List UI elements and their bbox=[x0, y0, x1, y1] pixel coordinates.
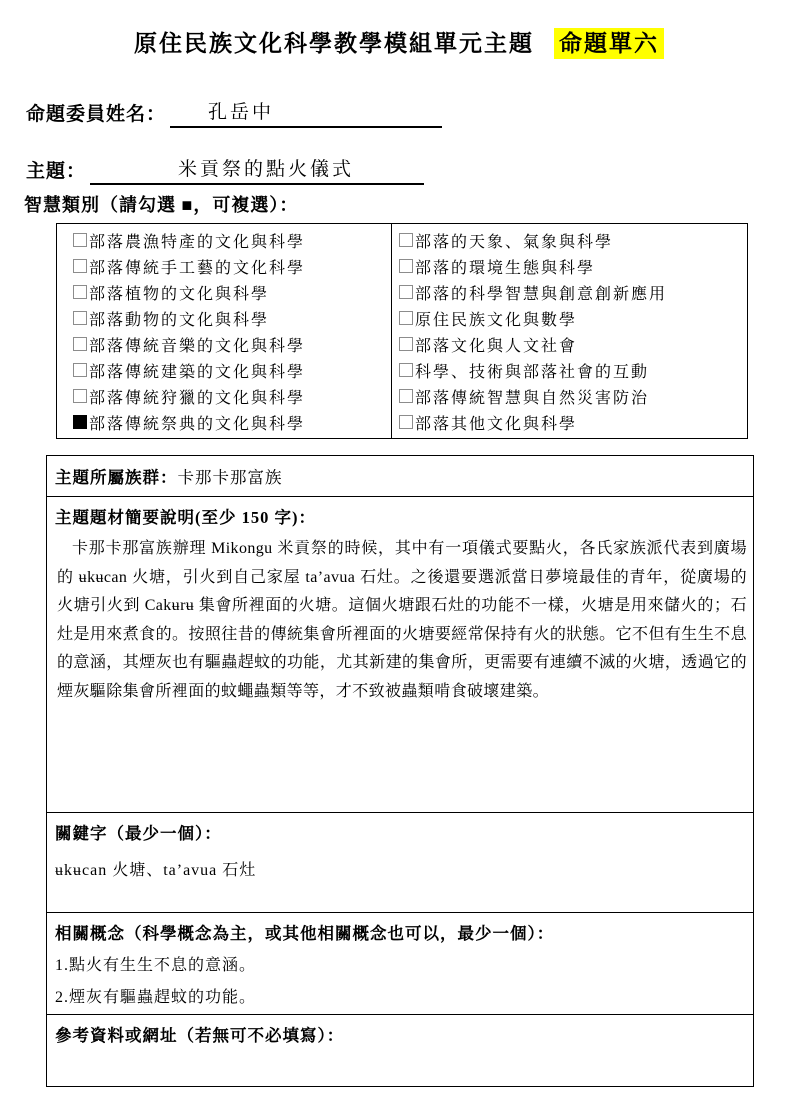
category-column-left: 部落農漁特產的文化與科學 部落傳統手工藝的文化科學 部落植物的文化與科學 部落動… bbox=[57, 224, 392, 438]
concepts-row: 相關概念（科學概念為主，或其他相關概念也可以，最少一個）： 1.點火有生生不息的… bbox=[47, 912, 753, 1014]
checkbox-icon[interactable] bbox=[399, 233, 413, 247]
category-item[interactable]: 原住民族文化與數學 bbox=[399, 305, 747, 331]
category-item[interactable]: 部落動物的文化與科學 bbox=[73, 305, 391, 331]
category-label: 部落動物的文化與科學 bbox=[89, 307, 269, 330]
checkbox-icon[interactable] bbox=[399, 363, 413, 377]
keywords-row: 關鍵字（最少一個）： ʉkʉcan 火塘、ta’avua 石灶 bbox=[47, 812, 753, 912]
category-item[interactable]: 部落傳統建築的文化與科學 bbox=[73, 357, 391, 383]
category-column-right: 部落的天象、氣象與科學 部落的環境生態與科學 部落的科學智慧與創意創新應用 原住… bbox=[392, 224, 747, 438]
checkbox-icon[interactable] bbox=[73, 233, 87, 247]
title-text: 原住民族文化科學教學模組單元主題 bbox=[134, 31, 534, 56]
category-label: 部落傳統智慧與自然災害防治 bbox=[415, 385, 649, 408]
title-badge: 命題單六 bbox=[554, 28, 664, 59]
category-item[interactable]: 部落的科學智慧與創意創新應用 bbox=[399, 279, 747, 305]
description-row: 主題題材簡要說明(至少 150 字)： 卡那卡那富族辦理 Mikongu 米貢祭… bbox=[47, 496, 753, 812]
category-item[interactable]: 部落傳統智慧與自然災害防治 bbox=[399, 383, 747, 409]
checkbox-icon[interactable] bbox=[399, 311, 413, 325]
checkbox-icon[interactable] bbox=[73, 311, 87, 325]
checkbox-icon[interactable] bbox=[399, 337, 413, 351]
category-label: 原住民族文化與數學 bbox=[415, 307, 577, 330]
concepts-label: 相關概念（科學概念為主，或其他相關概念也可以，最少一個）： bbox=[55, 921, 745, 946]
ethnic-group-label: 主題所屬族群： bbox=[55, 468, 178, 487]
category-checklist: 部落農漁特產的文化與科學 部落傳統手工藝的文化科學 部落植物的文化與科學 部落動… bbox=[56, 223, 748, 439]
concept-item: 1.點火有生生不息的意涵。 bbox=[55, 953, 745, 978]
category-label: 部落傳統祭典的文化與科學 bbox=[89, 411, 305, 434]
topic-value: 米貢祭的點火儀式 bbox=[178, 159, 354, 180]
category-label: 部落其他文化與科學 bbox=[415, 411, 577, 434]
topic-field[interactable]: 米貢祭的點火儀式 bbox=[90, 156, 424, 185]
category-label: 科學、技術與部落社會的互動 bbox=[415, 359, 649, 382]
checkbox-icon[interactable] bbox=[73, 415, 87, 429]
concept-item: 2.煙灰有驅蟲趕蚊的功能。 bbox=[55, 985, 745, 1010]
category-item[interactable]: 科學、技術與部落社會的互動 bbox=[399, 357, 747, 383]
category-section-label: 智慧類別（請勾選 ■，可複選）： bbox=[24, 193, 798, 217]
document-page: 原住民族文化科學教學模組單元主題命題單六 命題委員姓名：孔岳中 主題：米貢祭的點… bbox=[0, 0, 798, 1087]
category-item[interactable]: 部落植物的文化與科學 bbox=[73, 279, 391, 305]
category-label: 部落傳統手工藝的文化科學 bbox=[89, 255, 305, 278]
details-table: 主題所屬族群：卡那卡那富族 主題題材簡要說明(至少 150 字)： 卡那卡那富族… bbox=[46, 455, 754, 1087]
category-label: 部落傳統音樂的文化與科學 bbox=[89, 333, 305, 356]
topic-label: 主題： bbox=[26, 161, 86, 182]
checkbox-icon[interactable] bbox=[73, 259, 87, 273]
category-label: 部落的科學智慧與創意創新應用 bbox=[415, 281, 667, 304]
references-row: 參考資料或網址（若無可不必填寫）： bbox=[47, 1014, 753, 1086]
checkbox-icon[interactable] bbox=[399, 259, 413, 273]
keywords-value: ʉkʉcan 火塘、ta’avua 石灶 bbox=[55, 858, 745, 884]
category-item[interactable]: 部落的天象、氣象與科學 bbox=[399, 227, 747, 253]
category-label: 部落文化與人文社會 bbox=[415, 333, 577, 356]
committee-name-label: 命題委員姓名： bbox=[26, 104, 166, 125]
category-item[interactable]: 部落農漁特產的文化與科學 bbox=[73, 227, 391, 253]
category-label: 部落農漁特產的文化與科學 bbox=[89, 229, 305, 252]
checkbox-icon[interactable] bbox=[399, 389, 413, 403]
page-title: 原住民族文化科學教學模組單元主題命題單六 bbox=[0, 0, 798, 62]
description-text: 卡那卡那富族辦理 Mikongu 米貢祭的時候，其中有一項儀式要點火，各氏家族派… bbox=[55, 535, 748, 706]
category-item[interactable]: 部落傳統祭典的文化與科學 bbox=[73, 409, 391, 435]
category-label: 部落的天象、氣象與科學 bbox=[415, 229, 613, 252]
category-item[interactable]: 部落其他文化與科學 bbox=[399, 409, 747, 435]
category-item[interactable]: 部落的環境生態與科學 bbox=[399, 253, 747, 279]
category-item[interactable]: 部落文化與人文社會 bbox=[399, 331, 747, 357]
keywords-label: 關鍵字（最少一個）： bbox=[55, 821, 745, 846]
checkbox-icon[interactable] bbox=[73, 363, 87, 377]
topic-row: 主題：米貢祭的點火儀式 bbox=[26, 156, 798, 185]
committee-name-row: 命題委員姓名：孔岳中 bbox=[26, 99, 798, 128]
checkbox-icon[interactable] bbox=[399, 285, 413, 299]
committee-name-field[interactable]: 孔岳中 bbox=[170, 99, 442, 128]
references-label: 參考資料或網址（若無可不必填寫）： bbox=[55, 1023, 745, 1048]
category-item[interactable]: 部落傳統音樂的文化與科學 bbox=[73, 331, 391, 357]
checkbox-icon[interactable] bbox=[73, 337, 87, 351]
category-label: 部落傳統建築的文化與科學 bbox=[89, 359, 305, 382]
category-label: 部落傳統狩獵的文化與科學 bbox=[89, 385, 305, 408]
category-item[interactable]: 部落傳統手工藝的文化科學 bbox=[73, 253, 391, 279]
ethnic-group-value: 卡那卡那富族 bbox=[178, 468, 283, 487]
committee-name-value: 孔岳中 bbox=[208, 102, 274, 123]
category-item[interactable]: 部落傳統狩獵的文化與科學 bbox=[73, 383, 391, 409]
checkbox-icon[interactable] bbox=[73, 389, 87, 403]
checkbox-icon[interactable] bbox=[399, 415, 413, 429]
description-label: 主題題材簡要說明(至少 150 字)： bbox=[55, 505, 748, 530]
ethnic-group-row: 主題所屬族群：卡那卡那富族 bbox=[47, 456, 753, 496]
checkbox-icon[interactable] bbox=[73, 285, 87, 299]
category-label: 部落植物的文化與科學 bbox=[89, 281, 269, 304]
category-label: 部落的環境生態與科學 bbox=[415, 255, 595, 278]
